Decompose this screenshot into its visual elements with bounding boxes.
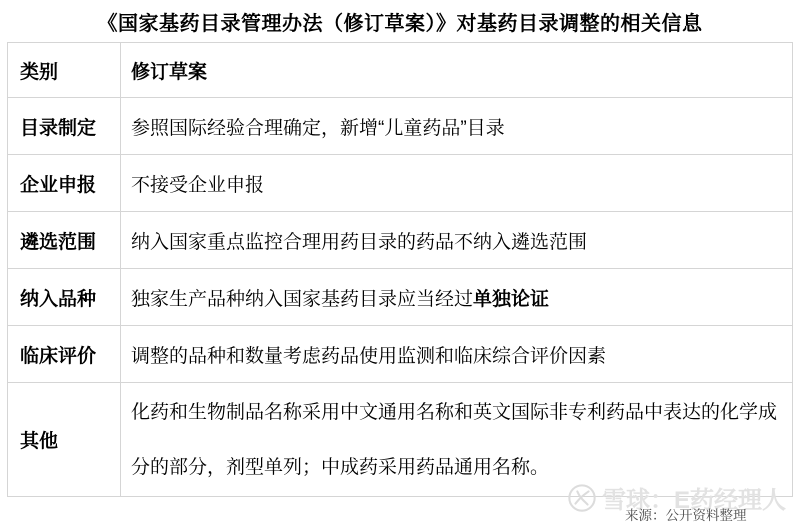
- header-cell-content: 修订草案: [121, 43, 793, 98]
- category-cell: 临床评价: [8, 326, 121, 383]
- category-cell: 目录制定: [8, 98, 121, 155]
- table-row: 目录制定 参照国际经验合理确定，新增“儿童药品”目录: [8, 98, 793, 155]
- table-row: 遴选范围 纳入国家重点监控合理用药目录的药品不纳入遴选范围: [8, 212, 793, 269]
- table-row: 临床评价 调整的品种和数量考虑药品使用监测和临床综合评价因素: [8, 326, 793, 383]
- category-cell: 企业申报: [8, 155, 121, 212]
- content-text: 纳入国家重点监控合理用药目录的药品不纳入遴选范围: [131, 232, 587, 253]
- category-cell: 遴选范围: [8, 212, 121, 269]
- content-cell: 不接受企业申报: [121, 155, 793, 212]
- category-cell: 其他: [8, 383, 121, 497]
- source-note: 来源：公开资料整理: [625, 504, 747, 524]
- content-text: 调整的品种和数量考虑药品使用监测和临床综合评价因素: [131, 346, 606, 367]
- content-text: 化药和生物制品名称采用中文通用名称和英文国际非专利药品中表达的化学成分的部分，剂…: [131, 402, 777, 478]
- content-text: 独家生产品种纳入国家基药目录应当经过: [131, 289, 473, 310]
- page-title: 《国家基药目录管理办法（修订草案）》对基药目录调整的相关信息: [0, 7, 800, 36]
- header-cell-category: 类别: [8, 43, 121, 98]
- content-bold-text: 单独论证: [473, 289, 549, 310]
- table-row: 纳入品种 独家生产品种纳入国家基药目录应当经过单独论证: [8, 269, 793, 326]
- table-row: 企业申报 不接受企业申报: [8, 155, 793, 212]
- category-cell: 纳入品种: [8, 269, 121, 326]
- content-text: 不接受企业申报: [131, 175, 264, 196]
- content-cell: 调整的品种和数量考虑药品使用监测和临床综合评价因素: [121, 326, 793, 383]
- table-header-row: 类别 修订草案: [8, 43, 793, 98]
- revision-info-table: 类别 修订草案 目录制定 参照国际经验合理确定，新增“儿童药品”目录 企业申报 …: [7, 42, 793, 497]
- xueqiu-snowball-icon: [567, 483, 597, 513]
- content-cell: 参照国际经验合理确定，新增“儿童药品”目录: [121, 98, 793, 155]
- content-cell: 纳入国家重点监控合理用药目录的药品不纳入遴选范围: [121, 212, 793, 269]
- content-text: 参照国际经验合理确定，新增“儿童药品”目录: [131, 118, 505, 139]
- content-cell: 独家生产品种纳入国家基药目录应当经过单独论证: [121, 269, 793, 326]
